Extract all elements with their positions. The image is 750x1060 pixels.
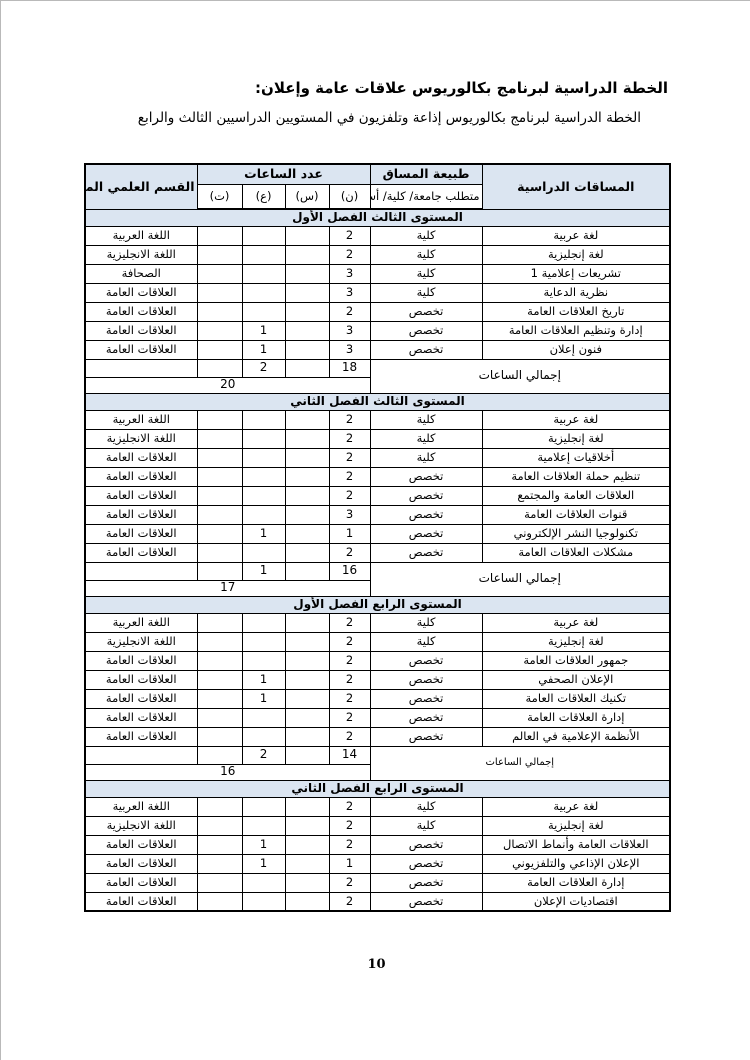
course-name-cell: الإعلان الإذاعي والتلفزيوني xyxy=(482,854,670,873)
department-cell: العلاقات العامة xyxy=(85,854,197,873)
section-header-row: المستوى الثالث الفصل الثاني xyxy=(85,393,670,410)
page-number: 10 xyxy=(84,957,669,972)
hours-t-cell xyxy=(197,245,242,264)
hours-t-cell xyxy=(197,486,242,505)
totals-s-cell xyxy=(285,562,329,580)
department-cell: العلاقات العامة xyxy=(85,727,197,746)
document-title-text: الخطة الدراسية لبرنامج بكالوريوس علاقات … xyxy=(255,79,668,97)
hours-s-cell xyxy=(285,245,329,264)
course-name-cell: إدارة العلاقات العامة xyxy=(482,708,670,727)
department-cell: اللغة العربية xyxy=(85,797,197,816)
hours-p-cell xyxy=(242,651,285,670)
department-cell: الصحافة xyxy=(85,264,197,283)
hours-n-cell: 3 xyxy=(329,505,370,524)
course-row: لغة عربيةكلية2اللغة العربية xyxy=(85,226,670,245)
totals-dept-cell xyxy=(85,562,197,580)
course-row: إدارة العلاقات العامةتخصص2العلاقات العام… xyxy=(85,708,670,727)
hours-n-cell: 2 xyxy=(329,835,370,854)
department-cell: اللغة الانجليزية xyxy=(85,429,197,448)
hours-s-cell xyxy=(285,670,329,689)
section-header-row: المستوى الرابع الفصل الثاني xyxy=(85,780,670,797)
hours-t-cell xyxy=(197,835,242,854)
hours-t-cell xyxy=(197,816,242,835)
course-row: الأنظمة الإعلامية في العالمتخصص2العلاقات… xyxy=(85,727,670,746)
course-name-cell: تكنولوجيا النشر الإلكتروني xyxy=(482,524,670,543)
department-cell: العلاقات العامة xyxy=(85,486,197,505)
hours-t-cell xyxy=(197,613,242,632)
hours-n-cell: 2 xyxy=(329,302,370,321)
course-nature-cell: تخصص xyxy=(370,302,482,321)
hours-s-cell xyxy=(285,632,329,651)
course-nature-cell: تخصص xyxy=(370,505,482,524)
department-cell: اللغة الانجليزية xyxy=(85,632,197,651)
course-nature-cell: تخصص xyxy=(370,708,482,727)
hours-t-cell xyxy=(197,651,242,670)
totals-s-cell xyxy=(285,746,329,764)
header-department: القسم العلمي المسؤول عن تدريس المساق xyxy=(85,164,197,209)
hours-p-cell xyxy=(242,226,285,245)
hours-s-cell xyxy=(285,321,329,340)
hours-p-cell xyxy=(242,302,285,321)
hours-t-cell xyxy=(197,873,242,892)
course-row: العلاقات العامة وأنماط الاتصالتخصص21العل… xyxy=(85,835,670,854)
hours-t-cell xyxy=(197,302,242,321)
course-nature-cell: تخصص xyxy=(370,689,482,708)
hours-p-cell xyxy=(242,410,285,429)
course-name-cell: قنوات العلاقات العامة xyxy=(482,505,670,524)
hours-t-cell xyxy=(197,429,242,448)
hours-n-cell: 2 xyxy=(329,613,370,632)
course-row: مشكلات العلاقات العامةتخصص2العلاقات العا… xyxy=(85,543,670,562)
hours-s-cell xyxy=(285,613,329,632)
department-cell: العلاقات العامة xyxy=(85,708,197,727)
hours-p-cell xyxy=(242,264,285,283)
hours-t-cell xyxy=(197,797,242,816)
course-row: لغة عربيةكلية2اللغة العربية xyxy=(85,410,670,429)
hours-p-cell: 1 xyxy=(242,835,285,854)
course-row: نظرية الدعايةكلية3العلاقات العامة xyxy=(85,283,670,302)
hours-t-cell xyxy=(197,505,242,524)
hours-n-cell: 2 xyxy=(329,467,370,486)
department-cell: العلاقات العامة xyxy=(85,543,197,562)
course-name-cell: تكنيك العلاقات العامة xyxy=(482,689,670,708)
course-name-cell: تنظيم حملة العلاقات العامة xyxy=(482,467,670,486)
course-row: الإعلان الصحفيتخصص21العلاقات العامة xyxy=(85,670,670,689)
hours-p-cell xyxy=(242,543,285,562)
department-cell: العلاقات العامة xyxy=(85,524,197,543)
header-hour-s: (س) xyxy=(285,184,329,209)
course-name-cell: لغة عربية xyxy=(482,613,670,632)
hours-p-cell xyxy=(242,708,285,727)
header-hour-n: (ن) xyxy=(329,184,370,209)
hours-s-cell xyxy=(285,283,329,302)
course-name-cell: تاريخ العلاقات العامة xyxy=(482,302,670,321)
totals-p-cell: 2 xyxy=(242,359,285,377)
totals-label-cell: إجمالي الساعات xyxy=(370,359,670,393)
section-header-row: المستوى الثالث الفصل الأول xyxy=(85,209,670,226)
document-page: الخطة الدراسية لبرنامج بكالوريوس علاقات … xyxy=(0,0,750,1060)
department-cell: العلاقات العامة xyxy=(85,689,197,708)
course-row: لغة عربيةكلية2اللغة العربية xyxy=(85,613,670,632)
course-row: لغة إنجليزيةكلية2اللغة الانجليزية xyxy=(85,816,670,835)
hours-p-cell: 1 xyxy=(242,854,285,873)
hours-p-cell xyxy=(242,467,285,486)
course-nature-cell: تخصص xyxy=(370,524,482,543)
course-name-cell: العلاقات العامة والمجتمع xyxy=(482,486,670,505)
hours-n-cell: 1 xyxy=(329,524,370,543)
hours-p-cell xyxy=(242,283,285,302)
hours-s-cell xyxy=(285,524,329,543)
course-nature-cell: تخصص xyxy=(370,892,482,911)
hours-n-cell: 2 xyxy=(329,448,370,467)
totals-t-cell xyxy=(197,562,242,580)
document-title: الخطة الدراسية لبرنامج بكالوريوس علاقات … xyxy=(1,79,668,97)
department-cell: العلاقات العامة xyxy=(85,651,197,670)
hours-s-cell xyxy=(285,429,329,448)
department-cell: العلاقات العامة xyxy=(85,340,197,359)
hours-t-cell xyxy=(197,467,242,486)
study-plan-table: المساقات الدراسية طبيعة المساق عدد الساع… xyxy=(84,163,671,912)
hours-p-cell xyxy=(242,613,285,632)
hours-n-cell: 2 xyxy=(329,689,370,708)
hours-p-cell: 1 xyxy=(242,340,285,359)
hours-t-cell xyxy=(197,543,242,562)
course-nature-cell: كلية xyxy=(370,613,482,632)
department-cell: اللغة العربية xyxy=(85,410,197,429)
course-nature-cell: كلية xyxy=(370,410,482,429)
hours-n-cell: 3 xyxy=(329,321,370,340)
course-name-cell: لغة عربية xyxy=(482,410,670,429)
course-nature-cell: كلية xyxy=(370,797,482,816)
course-name-cell: اقتصاديات الإعلان xyxy=(482,892,670,911)
course-row: جمهور العلاقات العامةتخصص2العلاقات العام… xyxy=(85,651,670,670)
hours-n-cell: 2 xyxy=(329,727,370,746)
hours-s-cell xyxy=(285,892,329,911)
course-name-cell: الإعلان الصحفي xyxy=(482,670,670,689)
hours-s-cell xyxy=(285,340,329,359)
department-cell: العلاقات العامة xyxy=(85,467,197,486)
totals-dept-cell xyxy=(85,359,197,377)
hours-n-cell: 2 xyxy=(329,632,370,651)
course-name-cell: لغة إنجليزية xyxy=(482,632,670,651)
hours-p-cell xyxy=(242,892,285,911)
hours-p-cell xyxy=(242,632,285,651)
hours-t-cell xyxy=(197,524,242,543)
hours-n-cell: 2 xyxy=(329,429,370,448)
course-nature-cell: كلية xyxy=(370,264,482,283)
course-nature-cell: تخصص xyxy=(370,321,482,340)
hours-n-cell: 2 xyxy=(329,892,370,911)
totals-row: إجمالي الساعات142 xyxy=(85,746,670,764)
totals-s-cell xyxy=(285,359,329,377)
course-nature-cell: تخصص xyxy=(370,854,482,873)
course-nature-cell: تخصص xyxy=(370,873,482,892)
hours-t-cell xyxy=(197,892,242,911)
course-row: تاريخ العلاقات العامةتخصص2العلاقات العام… xyxy=(85,302,670,321)
hours-p-cell xyxy=(242,486,285,505)
totals-t-cell xyxy=(197,359,242,377)
hours-n-cell: 2 xyxy=(329,670,370,689)
hours-n-cell: 3 xyxy=(329,283,370,302)
course-row: اقتصاديات الإعلانتخصص2العلاقات العامة xyxy=(85,892,670,911)
hours-t-cell xyxy=(197,854,242,873)
section-title: المستوى الثالث الفصل الثاني xyxy=(85,393,670,410)
department-cell: العلاقات العامة xyxy=(85,505,197,524)
hours-n-cell: 2 xyxy=(329,651,370,670)
hours-n-cell: 2 xyxy=(329,226,370,245)
course-nature-cell: تخصص xyxy=(370,835,482,854)
department-cell: العلاقات العامة xyxy=(85,302,197,321)
hours-n-cell: 2 xyxy=(329,486,370,505)
header-hour-t: (ت) xyxy=(197,184,242,209)
course-nature-cell: كلية xyxy=(370,283,482,302)
totals-sum-cell: 20 xyxy=(85,377,370,393)
course-name-cell: جمهور العلاقات العامة xyxy=(482,651,670,670)
section-header-row: المستوى الرابع الفصل الأول xyxy=(85,596,670,613)
hours-p-cell xyxy=(242,245,285,264)
hours-t-cell xyxy=(197,226,242,245)
hours-p-cell xyxy=(242,797,285,816)
document-subtitle: الخطة الدراسية لبرنامج بكالوريوس إذاعة و… xyxy=(1,110,641,126)
course-name-cell: تشريعات إعلامية 1 xyxy=(482,264,670,283)
hours-s-cell xyxy=(285,835,329,854)
hours-p-cell: 1 xyxy=(242,670,285,689)
course-nature-cell: كلية xyxy=(370,226,482,245)
course-row: تكنولوجيا النشر الإلكترونيتخصص11العلاقات… xyxy=(85,524,670,543)
department-cell: اللغة العربية xyxy=(85,226,197,245)
department-cell: العلاقات العامة xyxy=(85,670,197,689)
department-cell: اللغة العربية xyxy=(85,613,197,632)
course-row: تشريعات إعلامية 1كلية3الصحافة xyxy=(85,264,670,283)
hours-n-cell: 2 xyxy=(329,708,370,727)
course-nature-cell: كلية xyxy=(370,632,482,651)
totals-p-cell: 1 xyxy=(242,562,285,580)
totals-row: إجمالي الساعات182 xyxy=(85,359,670,377)
totals-n-cell: 16 xyxy=(329,562,370,580)
totals-sum-cell: 17 xyxy=(85,580,370,596)
course-name-cell: فنون إعلان xyxy=(482,340,670,359)
department-cell: العلاقات العامة xyxy=(85,283,197,302)
hours-t-cell xyxy=(197,283,242,302)
totals-p-cell: 2 xyxy=(242,746,285,764)
hours-s-cell xyxy=(285,689,329,708)
hours-t-cell xyxy=(197,632,242,651)
totals-label-cell: إجمالي الساعات xyxy=(370,746,670,780)
course-name-cell: لغة إنجليزية xyxy=(482,816,670,835)
course-row: تنظيم حملة العلاقات العامةتخصص2العلاقات … xyxy=(85,467,670,486)
hours-p-cell: 1 xyxy=(242,321,285,340)
totals-n-cell: 14 xyxy=(329,746,370,764)
course-name-cell: لغة إنجليزية xyxy=(482,429,670,448)
section-title: المستوى الثالث الفصل الأول xyxy=(85,209,670,226)
hours-s-cell xyxy=(285,854,329,873)
totals-label-cell: إجمالي الساعات xyxy=(370,562,670,596)
section-title: المستوى الرابع الفصل الثاني xyxy=(85,780,670,797)
course-nature-cell: كلية xyxy=(370,816,482,835)
hours-s-cell xyxy=(285,226,329,245)
totals-dept-cell xyxy=(85,746,197,764)
hours-s-cell xyxy=(285,264,329,283)
hours-t-cell xyxy=(197,670,242,689)
course-name-cell: لغة عربية xyxy=(482,797,670,816)
course-row: إدارة العلاقات العامةتخصص2العلاقات العام… xyxy=(85,873,670,892)
section-title: المستوى الرابع الفصل الأول xyxy=(85,596,670,613)
course-nature-cell: كلية xyxy=(370,448,482,467)
hours-p-cell: 1 xyxy=(242,689,285,708)
header-hours: عدد الساعات xyxy=(197,164,370,184)
department-cell: العلاقات العامة xyxy=(85,321,197,340)
hours-p-cell xyxy=(242,505,285,524)
department-cell: اللغة الانجليزية xyxy=(85,245,197,264)
course-name-cell: أخلاقيات إعلامية xyxy=(482,448,670,467)
header-nature-sub: متطلب جامعة/ كلية/ أساسي، تخصص xyxy=(370,184,482,209)
header-nature: طبيعة المساق xyxy=(370,164,482,184)
hours-t-cell xyxy=(197,448,242,467)
course-row: فنون إعلانتخصص31العلاقات العامة xyxy=(85,340,670,359)
course-nature-cell: تخصص xyxy=(370,727,482,746)
hours-t-cell xyxy=(197,708,242,727)
table-header-row-1: المساقات الدراسية طبيعة المساق عدد الساع… xyxy=(85,164,670,184)
hours-p-cell xyxy=(242,429,285,448)
hours-s-cell xyxy=(285,410,329,429)
course-row: لغة عربيةكلية2اللغة العربية xyxy=(85,797,670,816)
document-subtitle-text: الخطة الدراسية لبرنامج بكالوريوس إذاعة و… xyxy=(138,110,641,126)
hours-p-cell xyxy=(242,816,285,835)
hours-t-cell xyxy=(197,264,242,283)
hours-n-cell: 2 xyxy=(329,873,370,892)
hours-n-cell: 2 xyxy=(329,543,370,562)
hours-s-cell xyxy=(285,302,329,321)
hours-s-cell xyxy=(285,467,329,486)
hours-t-cell xyxy=(197,340,242,359)
totals-row: إجمالي الساعات161 xyxy=(85,562,670,580)
course-row: الإعلان الإذاعي والتلفزيونيتخصص11العلاقا… xyxy=(85,854,670,873)
hours-n-cell: 1 xyxy=(329,854,370,873)
hours-s-cell xyxy=(285,505,329,524)
hours-n-cell: 2 xyxy=(329,797,370,816)
course-row: أخلاقيات إعلاميةكلية2العلاقات العامة xyxy=(85,448,670,467)
course-row: لغة إنجليزيةكلية2اللغة الانجليزية xyxy=(85,245,670,264)
course-name-cell: الأنظمة الإعلامية في العالم xyxy=(482,727,670,746)
hours-s-cell xyxy=(285,708,329,727)
course-nature-cell: كلية xyxy=(370,429,482,448)
hours-p-cell xyxy=(242,873,285,892)
course-nature-cell: تخصص xyxy=(370,340,482,359)
header-courses: المساقات الدراسية xyxy=(482,164,670,209)
course-nature-cell: تخصص xyxy=(370,486,482,505)
course-name-cell: نظرية الدعاية xyxy=(482,283,670,302)
course-nature-cell: تخصص xyxy=(370,670,482,689)
department-cell: العلاقات العامة xyxy=(85,448,197,467)
hours-s-cell xyxy=(285,651,329,670)
course-nature-cell: تخصص xyxy=(370,543,482,562)
header-hour-p: (ع) xyxy=(242,184,285,209)
course-nature-cell: كلية xyxy=(370,245,482,264)
hours-t-cell xyxy=(197,410,242,429)
course-row: العلاقات العامة والمجتمعتخصص2العلاقات ال… xyxy=(85,486,670,505)
department-cell: العلاقات العامة xyxy=(85,835,197,854)
totals-n-cell: 18 xyxy=(329,359,370,377)
department-cell: العلاقات العامة xyxy=(85,873,197,892)
hours-p-cell xyxy=(242,727,285,746)
hours-s-cell xyxy=(285,797,329,816)
hours-s-cell xyxy=(285,727,329,746)
totals-t-cell xyxy=(197,746,242,764)
hours-s-cell xyxy=(285,873,329,892)
hours-n-cell: 2 xyxy=(329,245,370,264)
hours-n-cell: 3 xyxy=(329,264,370,283)
department-cell: العلاقات العامة xyxy=(85,892,197,911)
course-row: لغة إنجليزيةكلية2اللغة الانجليزية xyxy=(85,429,670,448)
totals-sum-cell: 16 xyxy=(85,764,370,780)
course-name-cell: إدارة وتنظيم العلاقات العامة xyxy=(482,321,670,340)
hours-p-cell: 1 xyxy=(242,524,285,543)
hours-t-cell xyxy=(197,727,242,746)
course-row: تكنيك العلاقات العامةتخصص21العلاقات العا… xyxy=(85,689,670,708)
hours-p-cell xyxy=(242,448,285,467)
course-row: إدارة وتنظيم العلاقات العامةتخصص31العلاق… xyxy=(85,321,670,340)
course-nature-cell: تخصص xyxy=(370,651,482,670)
hours-n-cell: 2 xyxy=(329,410,370,429)
course-row: قنوات العلاقات العامةتخصص3العلاقات العام… xyxy=(85,505,670,524)
hours-s-cell xyxy=(285,448,329,467)
course-name-cell: العلاقات العامة وأنماط الاتصال xyxy=(482,835,670,854)
hours-t-cell xyxy=(197,321,242,340)
course-name-cell: إدارة العلاقات العامة xyxy=(482,873,670,892)
course-row: لغة إنجليزيةكلية2اللغة الانجليزية xyxy=(85,632,670,651)
hours-n-cell: 2 xyxy=(329,816,370,835)
hours-t-cell xyxy=(197,689,242,708)
department-cell: اللغة الانجليزية xyxy=(85,816,197,835)
hours-n-cell: 3 xyxy=(329,340,370,359)
hours-s-cell xyxy=(285,543,329,562)
course-nature-cell: تخصص xyxy=(370,467,482,486)
course-name-cell: لغة إنجليزية xyxy=(482,245,670,264)
hours-s-cell xyxy=(285,816,329,835)
hours-s-cell xyxy=(285,486,329,505)
course-name-cell: لغة عربية xyxy=(482,226,670,245)
course-name-cell: مشكلات العلاقات العامة xyxy=(482,543,670,562)
